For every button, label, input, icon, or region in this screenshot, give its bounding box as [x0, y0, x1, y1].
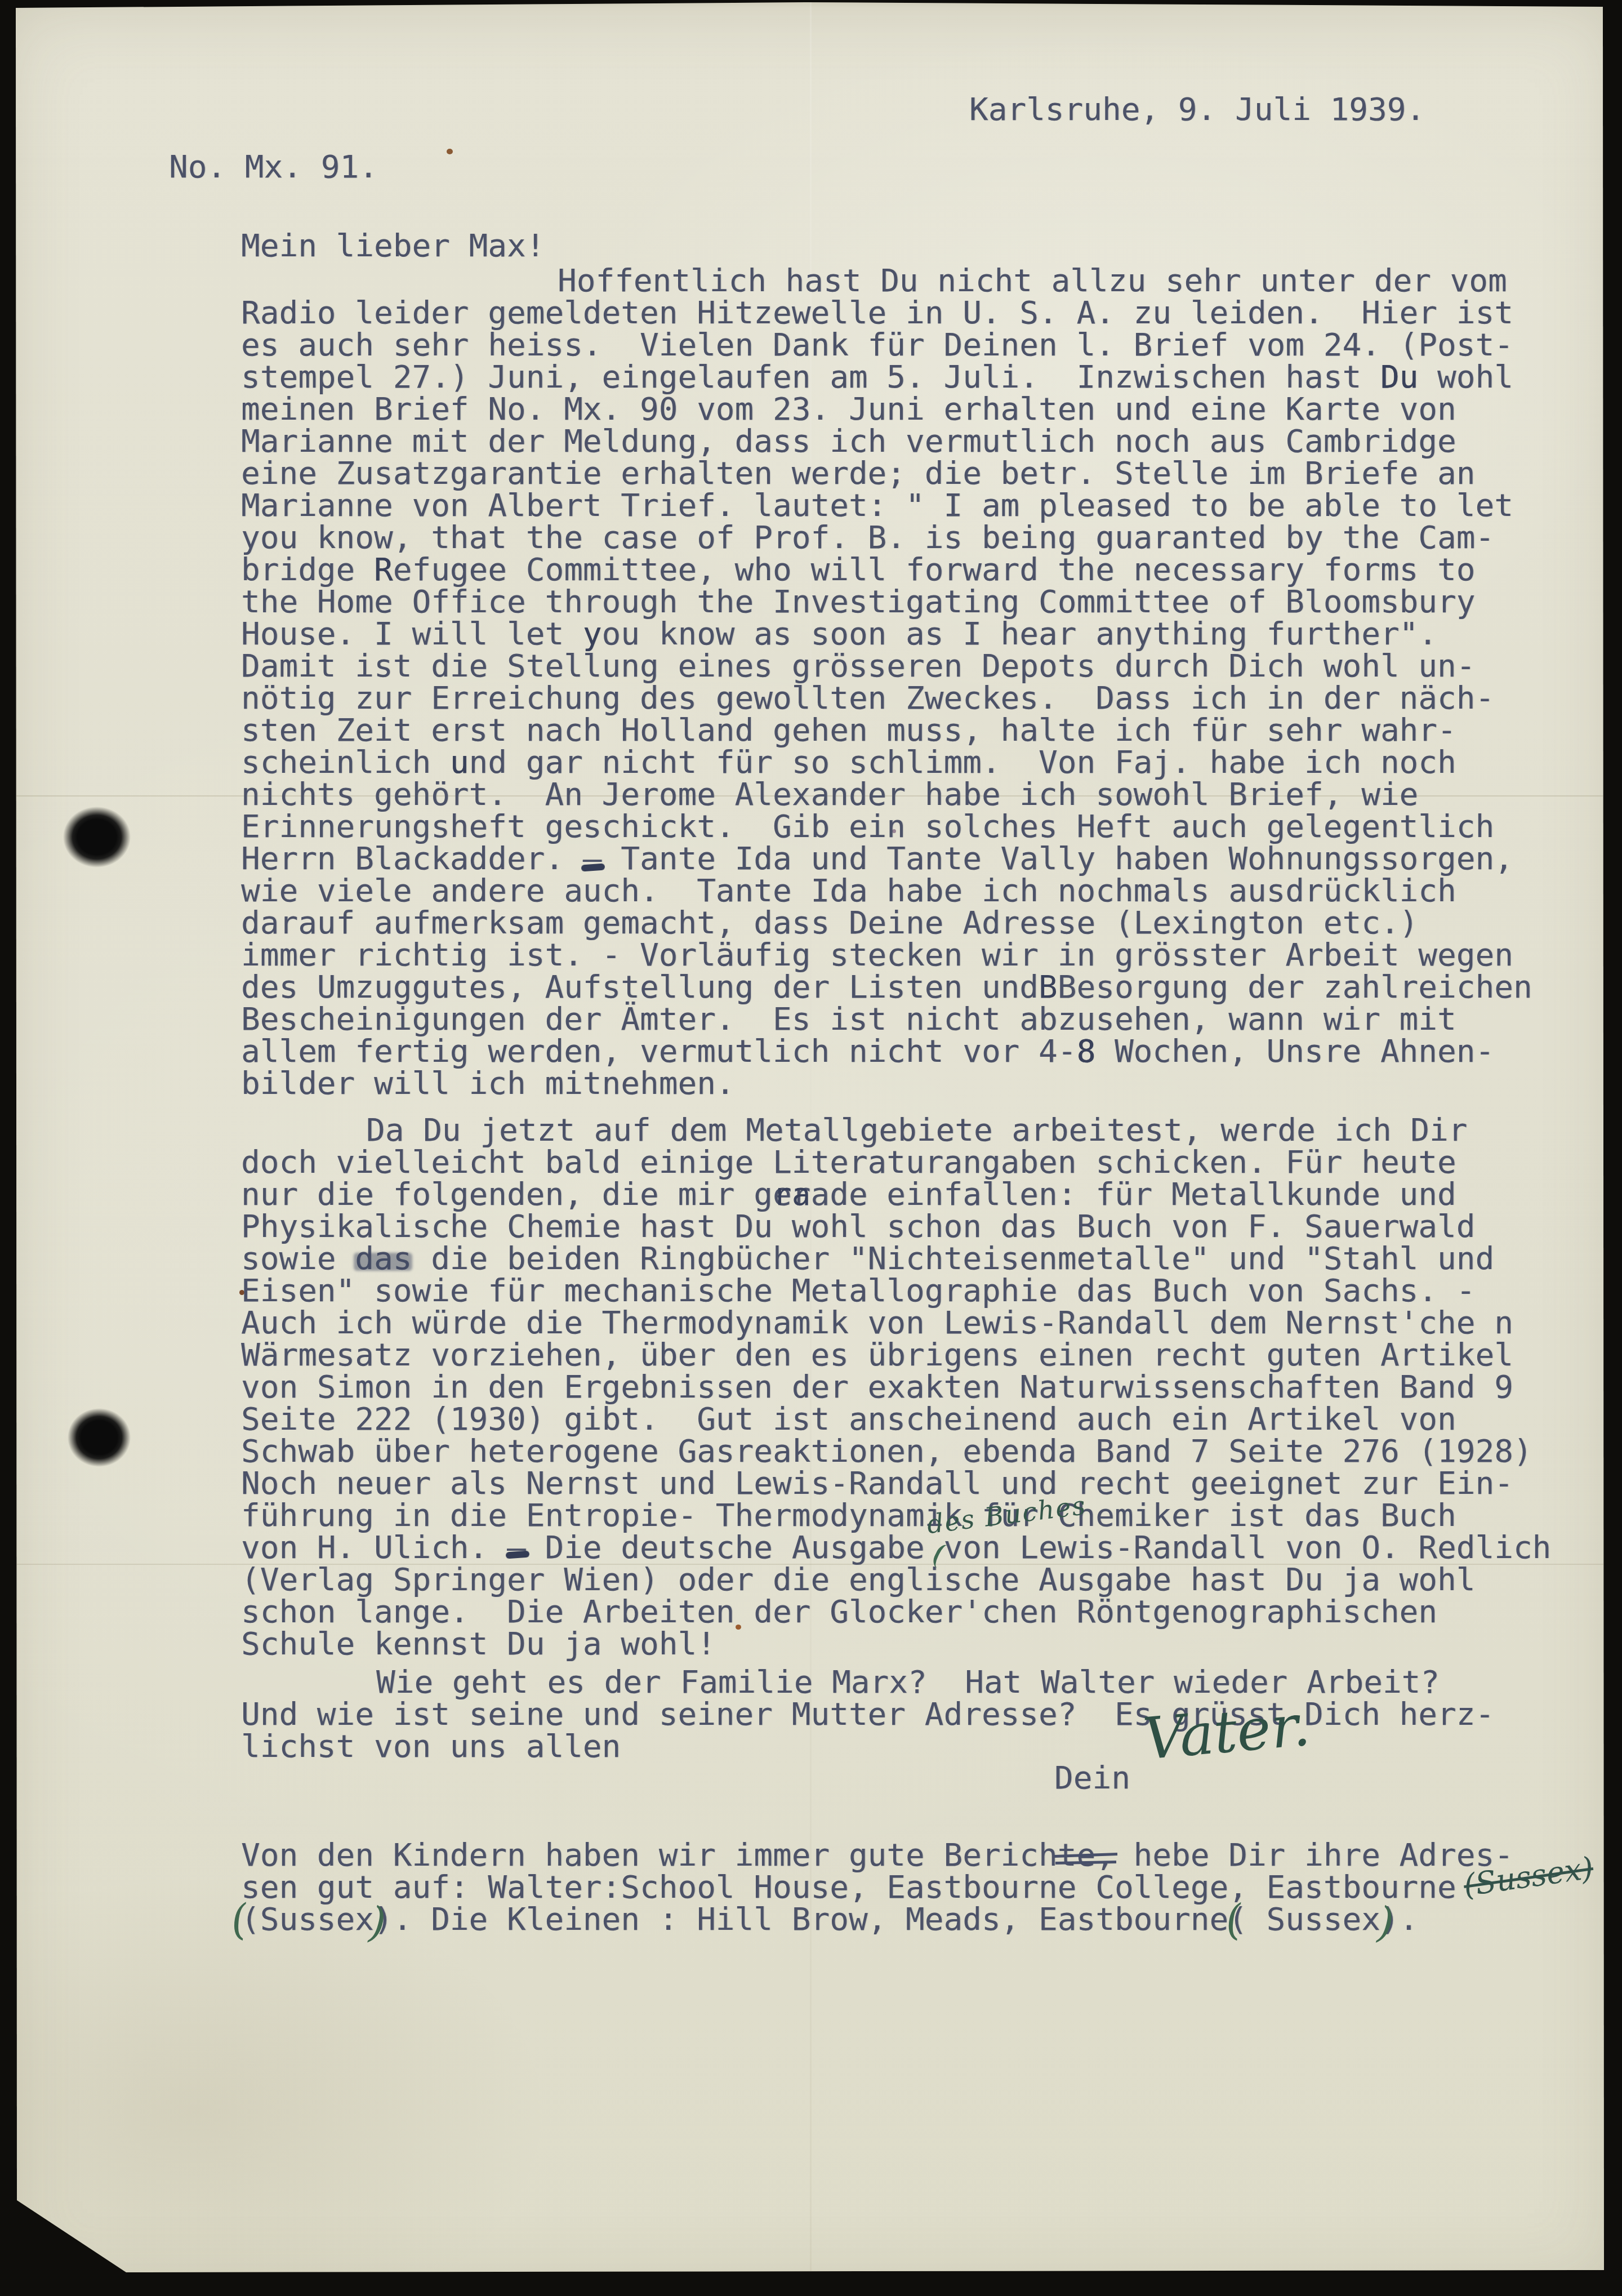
- scanned-letter-screenshot: { "page": { "background_color": "#0e0d0b…: [0, 0, 1622, 2296]
- letter-date: Karlsruhe, 9. Juli 1939.: [969, 94, 1425, 126]
- letter-line: führung in die Entropie- Thermodynamik f…: [241, 1499, 1551, 1532]
- letter-line: von Simon in den Ergebnissen der exakten…: [241, 1371, 1551, 1403]
- letter-line: House. I will let you know as soon as I …: [241, 618, 1532, 650]
- letter-line: immer richtig ist. - Vorläufig stecken w…: [241, 939, 1532, 971]
- overstrike-glyph: R: [374, 554, 393, 586]
- paragraph-2: Da Du jetzt auf dem Metallgebiete arbeit…: [241, 1114, 1551, 1660]
- letter-line: Marianne von Albert Trief. lautet: " I a…: [241, 490, 1532, 522]
- letter-line: wie viele andere auch. Tante Ida habe ic…: [241, 875, 1532, 907]
- letter-line: Auch ich würde die Thermodynamik von Lew…: [241, 1307, 1551, 1339]
- letter-line: sen gut auf: Walter:School House, Eastbo…: [241, 1871, 1513, 1903]
- letter-line: von H. Ulich. – Die deutsche Ausgabe von…: [241, 1532, 1551, 1564]
- punch-hole: [68, 1408, 131, 1467]
- letter-line: Noch neuer als Nernst und Lewis-Randall …: [241, 1467, 1551, 1499]
- overstrike-glyph: 8: [1077, 1035, 1096, 1067]
- letter-line: sowie das die beiden Ringbücher "Nichtei…: [241, 1243, 1551, 1275]
- letter-line: allem fertig werden, vermutlich nicht vo…: [241, 1035, 1532, 1067]
- letter-line: Hoffentlich hast Du nicht allzu sehr unt…: [241, 265, 1532, 297]
- letter-line: nur die folgenden, die mir gerade einfal…: [241, 1178, 1551, 1211]
- handwritten-paren-icon: (: [1224, 1899, 1244, 1942]
- letter-line: scheinlich und gar nicht für so schlimm.…: [241, 746, 1532, 778]
- overstrike-glyph: Du: [1380, 361, 1418, 393]
- struck-out-word-mark: [354, 1253, 412, 1271]
- letter-line: Herrn Blackadder. – Tante Ida und Tante …: [241, 843, 1532, 875]
- letter-line: bridge Refugee Committee, who will forwa…: [241, 554, 1532, 586]
- letter-line: Bescheinigungen der Ämter. Es ist nicht …: [241, 1003, 1532, 1035]
- letter-line: Physikalische Chemie hast Du wohl schon …: [241, 1211, 1551, 1243]
- letter-line: eine Zusatzgarantie erhalten werde; die …: [241, 457, 1532, 490]
- letter-line: es auch sehr heiss. Vielen Dank für Dein…: [241, 329, 1532, 361]
- overstrike-glyph: y: [583, 618, 602, 650]
- letter-line: Marianne mit der Meldung, dass ich vermu…: [241, 425, 1532, 457]
- letter-line: Von den Kindern haben wir immer gute Ber…: [241, 1839, 1513, 1871]
- letter-line: Schwab über heterogene Gasreaktionen, eb…: [241, 1435, 1551, 1467]
- letter-line: sten Zeit erst nach Holland gehen muss, …: [241, 714, 1532, 746]
- letter-line: Da Du jetzt auf dem Metallgebiete arbeit…: [241, 1114, 1551, 1146]
- handwritten-paren-icon: ): [1376, 1901, 1395, 1943]
- overstrike-glyph: ra: [773, 1178, 810, 1211]
- punch-hole: [63, 807, 131, 867]
- letter-line: meinen Brief No. Mx. 90 vom 23. Juni erh…: [241, 393, 1532, 425]
- salutation: Mein lieber Max!: [241, 230, 545, 262]
- letter-line: stempel 27.) Juni, eingelaufen am 5. Jul…: [241, 361, 1532, 393]
- letter-line: Damit ist die Stellung eines grösseren D…: [241, 650, 1532, 682]
- letter-line: darauf aufmerksam gemacht, dass Deine Ad…: [241, 907, 1532, 939]
- overstrike-glyph: u: [450, 746, 469, 778]
- letter-line: Radio leider gemeldeten Hitzewelle in U.…: [241, 297, 1532, 329]
- letter-line: Eisen" sowie für mechanische Metallograp…: [241, 1275, 1551, 1307]
- letter-line: schon lange. Die Arbeiten der Glocker'ch…: [241, 1596, 1551, 1628]
- letter-line: des Umzuggutes, Aufstellung der Listen u…: [241, 971, 1532, 1003]
- paragraph-1: Hoffentlich hast Du nicht allzu sehr unt…: [241, 265, 1532, 1100]
- reference-number: No. Mx. 91.: [169, 151, 378, 183]
- letter-line: (Verlag Springer Wien) oder die englisch…: [241, 1564, 1551, 1596]
- handwritten-paren-icon: ): [368, 1901, 387, 1944]
- letter-paper: Karlsruhe, 9. Juli 1939. No. Mx. 91. Mei…: [0, 0, 1622, 2296]
- paper-stain: [447, 149, 453, 154]
- letter-line: Wärmesatz vorziehen, über den es übrigen…: [241, 1339, 1551, 1371]
- letter-line: doch vielleicht bald einige Literaturang…: [241, 1146, 1551, 1178]
- letter-line: Schule kennst Du ja wohl!: [241, 1628, 1551, 1660]
- letter-line: nötig zur Erreichung des gewollten Zweck…: [241, 682, 1532, 714]
- letter-line: the Home Office through the Investigatin…: [241, 586, 1532, 618]
- letter-line: bilder will ich mitnehmen.: [241, 1067, 1532, 1100]
- letter-line: nichts gehört. An Jerome Alexander habe …: [241, 778, 1532, 811]
- closing-typed: Dein: [1054, 1762, 1130, 1794]
- letter-line: Seite 222 (1930) gibt. Gut ist anscheine…: [241, 1403, 1551, 1435]
- letter-line: Erinnerungsheft geschickt. Gib ein solch…: [241, 811, 1532, 843]
- letter-line: (Sussex). Die Kleinen : Hill Brow, Meads…: [241, 1903, 1513, 1935]
- overstrike-glyph: B: [1039, 971, 1058, 1003]
- postscript: Von den Kindern haben wir immer gute Ber…: [241, 1839, 1513, 1935]
- letter-line: you know, that the case of Prof. B. is b…: [241, 522, 1532, 554]
